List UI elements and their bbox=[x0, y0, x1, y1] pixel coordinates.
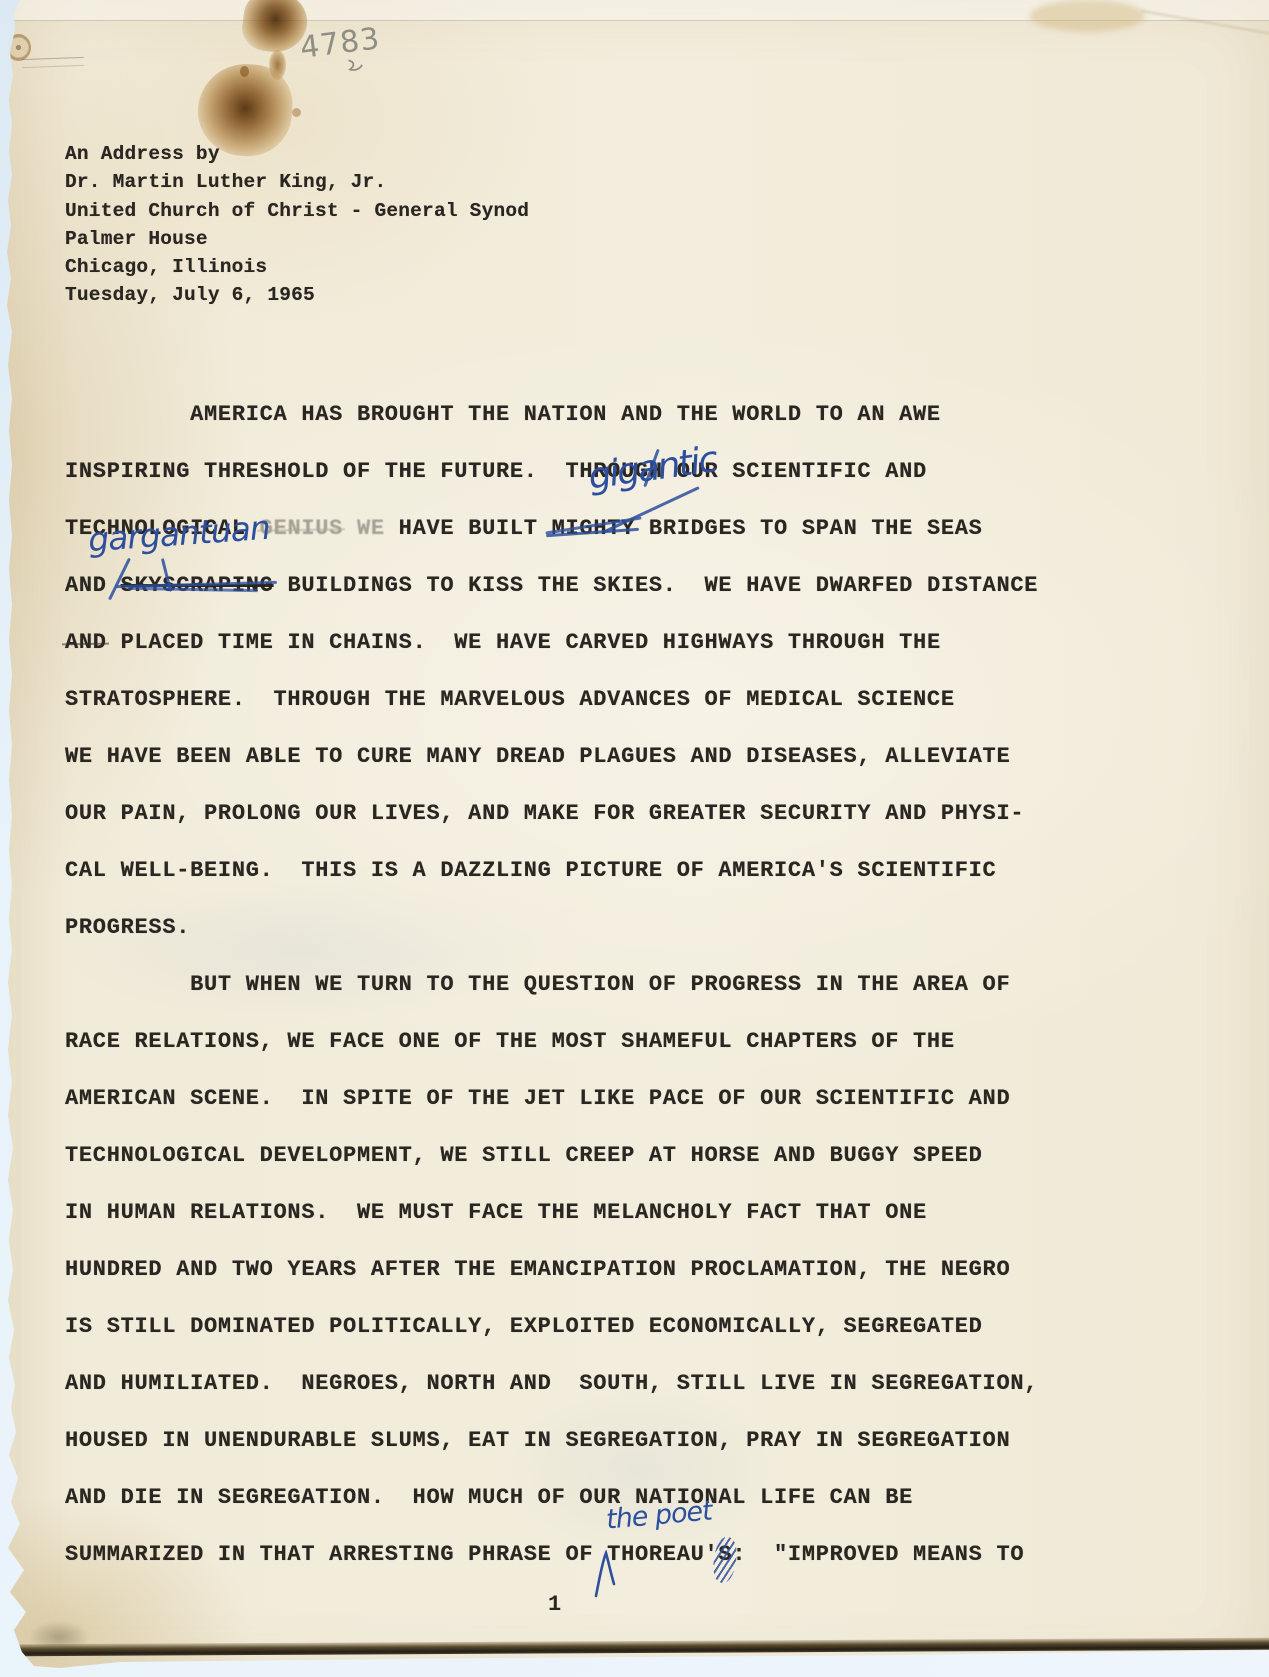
typed-line: AND DIE IN SEGREGATION. HOW MUCH OF OUR … bbox=[65, 1469, 1038, 1526]
pencil-squiggle-icon bbox=[346, 57, 366, 80]
typed-segment: : "IMPROVED MEANS TO bbox=[732, 1542, 1024, 1567]
typed-segment: STRATOSPHERE. THROUGH THE MARVELOUS ADVA… bbox=[65, 687, 955, 712]
typed-line: PROGRESS. bbox=[65, 899, 1038, 956]
typed-segment: OUR PAIN, PROLONG OUR LIVES, AND MAKE FO… bbox=[65, 801, 1024, 826]
typed-segment: CAL WELL-BEING. THIS IS A DAZZLING PICTU… bbox=[65, 858, 996, 883]
typed-segment: SUMMARIZED IN THAT ARRESTING PHRASE OF T… bbox=[65, 1542, 718, 1567]
header-line: Chicago, Illinois bbox=[65, 253, 529, 281]
coffee-stain-dot bbox=[292, 108, 301, 117]
typed-segment: IN HUMAN RELATIONS. WE MUST FACE THE MEL… bbox=[65, 1200, 927, 1225]
typed-segment: AMERICA HAS BROUGHT THE NATION AND THE W… bbox=[65, 402, 941, 427]
coffee-stain-dot bbox=[240, 66, 249, 77]
typed-segment: AND HUMILIATED. NEGROES, NORTH AND SOUTH… bbox=[65, 1371, 1038, 1396]
header-block: An Address byDr. Martin Luther King, Jr.… bbox=[65, 140, 529, 310]
ring-stain bbox=[6, 34, 31, 61]
typed-line: AND SKYSCRAPING BUILDINGS TO KISS THE SK… bbox=[65, 557, 1038, 614]
typed-segment: PROGRESS. bbox=[65, 915, 190, 940]
typed-line: RACE RELATIONS, WE FACE ONE OF THE MOST … bbox=[65, 1013, 1038, 1070]
typed-line: OUR PAIN, PROLONG OUR LIVES, AND MAKE FO… bbox=[65, 785, 1038, 842]
typed-segment: HOUSED IN UNENDURABLE SLUMS, EAT IN SEGR… bbox=[65, 1428, 1010, 1453]
header-line: Palmer House bbox=[65, 225, 529, 253]
header-line: United Church of Christ - General Synod bbox=[65, 197, 529, 225]
typed-line: HOUSED IN UNENDURABLE SLUMS, EAT IN SEGR… bbox=[65, 1412, 1038, 1469]
typed-segment: IS STILL DOMINATED POLITICALLY, EXPLOITE… bbox=[65, 1314, 983, 1339]
typed-line: AMERICAN SCENE. IN SPITE OF THE JET LIKE… bbox=[65, 1070, 1038, 1127]
typed-segment: BUILDINGS TO KISS THE SKIES. WE HAVE DWA… bbox=[274, 573, 1039, 598]
typed-segment: GENIUS bbox=[260, 516, 343, 541]
header-line: An Address by bbox=[65, 140, 529, 168]
page-number: 1 bbox=[548, 1592, 561, 1617]
body-block: AMERICA HAS BROUGHT THE NATION AND THE W… bbox=[65, 386, 1038, 1583]
typed-line: TECHNOLOGICAL DEVELOPMENT, WE STILL CREE… bbox=[65, 1127, 1038, 1184]
typed-segment: BRIDGES TO SPAN THE SEAS bbox=[635, 516, 983, 541]
header-line: Tuesday, July 6, 1965 bbox=[65, 281, 529, 309]
coffee-stain-drip bbox=[269, 50, 286, 80]
pencil-catalog-number: 4783 bbox=[298, 21, 382, 66]
typed-segment: WE HAVE BEEN ABLE TO CURE MANY DREAD PLA… bbox=[65, 744, 1010, 769]
typed-line: HUNDRED AND TWO YEARS AFTER THE EMANCIPA… bbox=[65, 1241, 1038, 1298]
insertion-caret-icon bbox=[592, 1550, 618, 1598]
typed-segment: BUT WHEN WE TURN TO THE QUESTION OF PROG… bbox=[65, 972, 1010, 997]
typed-segment: S bbox=[718, 1542, 732, 1567]
typed-line: WE HAVE BEEN ABLE TO CURE MANY DREAD PLA… bbox=[65, 728, 1038, 785]
typed-line: IN HUMAN RELATIONS. WE MUST FACE THE MEL… bbox=[65, 1184, 1038, 1241]
typed-line: AMERICA HAS BROUGHT THE NATION AND THE W… bbox=[65, 386, 1038, 443]
typed-segment: RACE RELATIONS, WE FACE ONE OF THE MOST … bbox=[65, 1029, 955, 1054]
typed-line: AND HUMILIATED. NEGROES, NORTH AND SOUTH… bbox=[65, 1355, 1038, 1412]
typed-line: BUT WHEN WE TURN TO THE QUESTION OF PROG… bbox=[65, 956, 1038, 1013]
header-line: Dr. Martin Luther King, Jr. bbox=[65, 168, 529, 196]
typed-line: IS STILL DOMINATED POLITICALLY, EXPLOITE… bbox=[65, 1298, 1038, 1355]
typed-segment: INSPIRING THRESHOLD OF THE FUTURE. THROU… bbox=[65, 459, 927, 484]
typed-segment: SKYSCRAPING bbox=[121, 573, 274, 598]
typed-segment: HUNDRED AND TWO YEARS AFTER THE EMANCIPA… bbox=[65, 1257, 1010, 1282]
typed-segment: AND bbox=[65, 630, 107, 655]
scanned-page: 4783 An Address byDr. Martin Luther King… bbox=[0, 0, 1269, 1677]
typed-segment: HAVE BUILT bbox=[385, 516, 552, 541]
paper-top-edge bbox=[0, 0, 1269, 21]
staple-mark bbox=[22, 57, 84, 68]
typed-segment: AMERICAN SCENE. IN SPITE OF THE JET LIKE… bbox=[65, 1086, 1010, 1111]
typed-segment: MIGHTY bbox=[552, 516, 635, 541]
typed-segment: PLACED TIME IN CHAINS. WE HAVE CARVED HI… bbox=[107, 630, 941, 655]
typed-line: INSPIRING THRESHOLD OF THE FUTURE. THROU… bbox=[65, 443, 1038, 500]
typed-segment: WE bbox=[357, 516, 385, 541]
typed-segment: TECHNOLOGICAL DEVELOPMENT, WE STILL CREE… bbox=[65, 1143, 983, 1168]
typed-line: STRATOSPHERE. THROUGH THE MARVELOUS ADVA… bbox=[65, 671, 1038, 728]
typed-line: CAL WELL-BEING. THIS IS A DAZZLING PICTU… bbox=[65, 842, 1038, 899]
typed-segment: AND DIE IN SEGREGATION. HOW MUCH OF OUR … bbox=[65, 1485, 913, 1510]
typed-line: SUMMARIZED IN THAT ARRESTING PHRASE OF T… bbox=[65, 1526, 1038, 1583]
paper-bottom-edge bbox=[0, 1638, 1269, 1657]
typed-line: AND PLACED TIME IN CHAINS. WE HAVE CARVE… bbox=[65, 614, 1038, 671]
